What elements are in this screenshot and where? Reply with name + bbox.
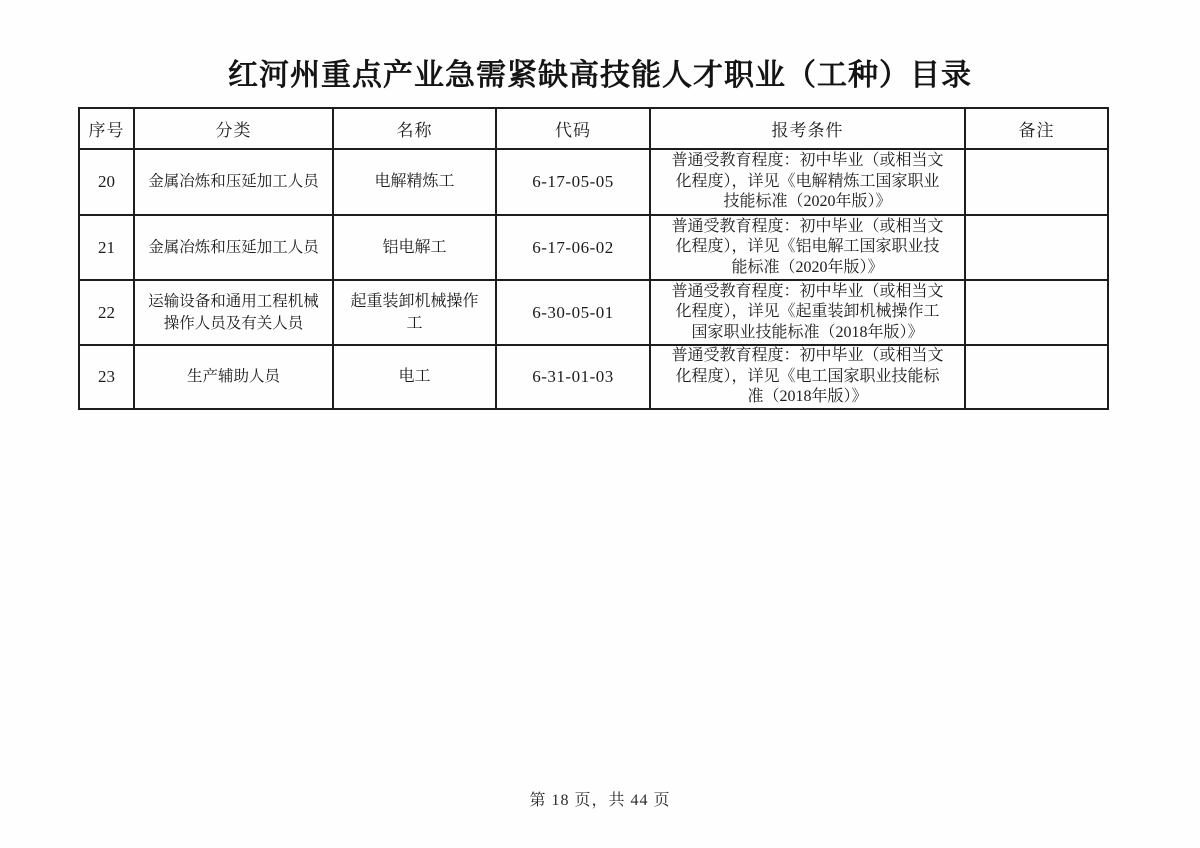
cell-remark — [965, 280, 1108, 345]
cell-category: 运输设备和通用工程机械 操作人员及有关人员 — [134, 280, 333, 345]
cell-name: 电解精炼工 — [333, 149, 496, 215]
col-header-name: 名称 — [333, 108, 496, 149]
table-header-row: 序号 分类 名称 代码 报考条件 备注 — [79, 108, 1108, 149]
cell-code: 6-17-05-05 — [496, 149, 650, 215]
cell-remark — [965, 215, 1108, 280]
cell-name: 电工 — [333, 345, 496, 409]
table-row: 23 生产辅助人员 电工 6-31-01-03 普通受教育程度：初中毕业（或相当… — [79, 345, 1108, 409]
cell-conditions: 普通受教育程度：初中毕业（或相当文 化程度），详见《电工国家职业技能标 准（20… — [650, 345, 965, 409]
table-row: 21 金属冶炼和压延加工人员 铝电解工 6-17-06-02 普通受教育程度：初… — [79, 215, 1108, 280]
table-row: 20 金属冶炼和压延加工人员 电解精炼工 6-17-05-05 普通受教育程度：… — [79, 149, 1108, 215]
cell-remark — [965, 149, 1108, 215]
cell-conditions: 普通受教育程度：初中毕业（或相当文 化程度），详见《电解精炼工国家职业 技能标准… — [650, 149, 965, 215]
cell-remark — [965, 345, 1108, 409]
cell-no: 23 — [79, 345, 134, 409]
cell-name: 起重装卸机械操作 工 — [333, 280, 496, 345]
col-header-category: 分类 — [134, 108, 333, 149]
cell-no: 22 — [79, 280, 134, 345]
table-row: 22 运输设备和通用工程机械 操作人员及有关人员 起重装卸机械操作 工 6-30… — [79, 280, 1108, 345]
cell-name: 铝电解工 — [333, 215, 496, 280]
catalog-table: 序号 分类 名称 代码 报考条件 备注 20 金属冶炼和压延加工人员 电解精炼工… — [78, 107, 1109, 410]
cell-no: 20 — [79, 149, 134, 215]
col-header-remark: 备注 — [965, 108, 1108, 149]
col-header-conditions: 报考条件 — [650, 108, 965, 149]
page-title: 红河州重点产业急需紧缺高技能人才职业（工种）目录 — [0, 50, 1200, 94]
cell-category: 金属冶炼和压延加工人员 — [134, 215, 333, 280]
cell-code: 6-30-05-01 — [496, 280, 650, 345]
cell-code: 6-31-01-03 — [496, 345, 650, 409]
cell-category: 生产辅助人员 — [134, 345, 333, 409]
cell-code: 6-17-06-02 — [496, 215, 650, 280]
cell-category: 金属冶炼和压延加工人员 — [134, 149, 333, 215]
page-number: 第 18 页，共 44 页 — [0, 787, 1200, 810]
cell-conditions: 普通受教育程度：初中毕业（或相当文 化程度），详见《起重装卸机械操作工 国家职业… — [650, 280, 965, 345]
cell-no: 21 — [79, 215, 134, 280]
cell-conditions: 普通受教育程度：初中毕业（或相当文 化程度），详见《铝电解工国家职业技 能标准（… — [650, 215, 965, 280]
col-header-code: 代码 — [496, 108, 650, 149]
col-header-no: 序号 — [79, 108, 134, 149]
document-page: 红河州重点产业急需紧缺高技能人才职业（工种）目录 序号 分类 名称 代码 报考条… — [0, 0, 1200, 848]
